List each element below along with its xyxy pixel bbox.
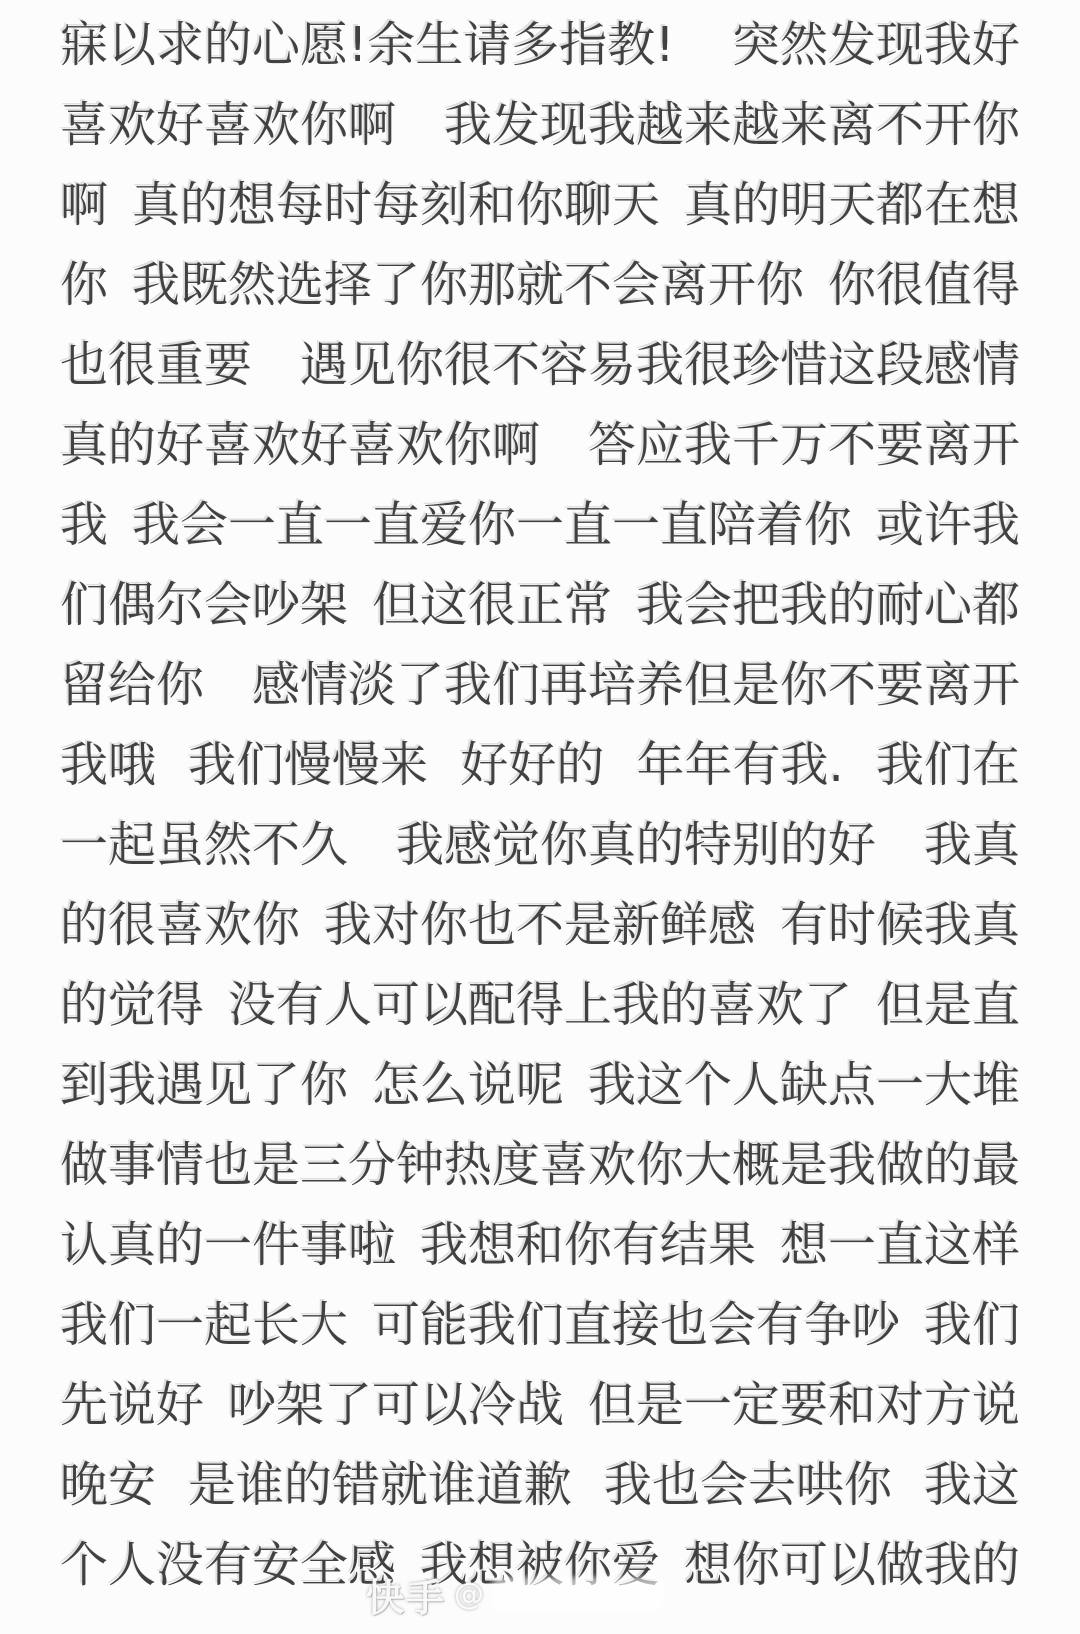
text-line: 寐以求的心愿!余生请多指教!突然发现我好 xyxy=(60,5,1020,85)
text-segment: 留给你 xyxy=(60,661,204,709)
text-segment: 想你可以做我的 xyxy=(684,1541,1020,1589)
text-line: 我哦我们慢慢来好好的年年有我.我们在 xyxy=(60,725,1020,805)
text-segment: 有时候我真 xyxy=(780,901,1020,949)
text-line: 喜欢好喜欢你啊我发现我越来越来离不开你 xyxy=(60,85,1020,165)
text-segment: 到我遇见了你 xyxy=(60,1061,348,1109)
text-segment: 也很重要 xyxy=(60,341,252,389)
text-segment: 我既然选择了你那就不会离开你 xyxy=(132,261,804,309)
text-line: 们偶尔会吵架但这很正常我会把我的耐心都 xyxy=(60,565,1020,645)
text-line: 做事情也是三分钟热度喜欢你大概是我做的最 xyxy=(60,1125,1020,1205)
text-segment: 突然发现我好 xyxy=(732,21,1020,69)
text-segment: 我也会去哄你 xyxy=(604,1461,892,1509)
text-segment: 答应我千万不要离开 xyxy=(588,421,1020,469)
text-segment: 你 xyxy=(60,261,108,309)
text-segment: 没有人可以配得上我的喜欢了 xyxy=(228,981,852,1029)
text-line: 真的好喜欢好喜欢你啊答应我千万不要离开 xyxy=(60,405,1020,485)
text-segment: 我发现我越来越来离不开你 xyxy=(444,101,1020,149)
text-segment: 我们慢慢来 xyxy=(188,741,428,789)
text-line: 晚安是谁的错就谁道歉我也会去哄你我这 xyxy=(60,1445,1020,1525)
text-line: 的很喜欢你我对你也不是新鲜感有时候我真 xyxy=(60,885,1020,965)
text-segment: 一起虽然不久 xyxy=(60,821,348,869)
text-segment: 怎么说呢 xyxy=(372,1061,564,1109)
text-line: 也很重要遇见你很不容易我很珍惜这段感情 xyxy=(60,325,1020,405)
text-line: 你我既然选择了你那就不会离开你你很值得 xyxy=(60,245,1020,325)
text-segment: 先说好 xyxy=(60,1381,204,1429)
text-line: 到我遇见了你怎么说呢我这个人缺点一大堆 xyxy=(60,1045,1020,1125)
text-segment: 我想和你有结果 xyxy=(420,1221,756,1269)
text-line: 认真的一件事啦我想和你有结果想一直这样 xyxy=(60,1205,1020,1285)
text-segment: 我们 xyxy=(924,1301,1020,1349)
text-segment: 我会一直一直爱你一直一直陪着你 xyxy=(132,501,852,549)
text-segment: 但这很正常 xyxy=(372,581,612,629)
text-segment: 啊 xyxy=(60,181,108,229)
text-segment: 的觉得 xyxy=(60,981,204,1029)
text-line: 啊真的想每时每刻和你聊天真的明天都在想 xyxy=(60,165,1020,245)
text-segment: 遇见你很不容易我很珍惜这段感情 xyxy=(300,341,1020,389)
text-segment: 想一直这样 xyxy=(780,1221,1020,1269)
text-segment: 我感觉你真的特别的好 xyxy=(396,821,876,869)
text-segment: 我哦 xyxy=(60,741,156,789)
text-line: 个人没有安全感我想被你爱想你可以做我的 xyxy=(60,1525,1020,1605)
text-segment: 吵架了可以冷战 xyxy=(228,1381,564,1429)
text-line: 留给你感情淡了我们再培养但是你不要离开 xyxy=(60,645,1020,725)
text-segment: 个人没有安全感 xyxy=(60,1541,396,1589)
text-segment: 认真的一件事啦 xyxy=(60,1221,396,1269)
text-segment: 我们在 xyxy=(876,741,1020,789)
text-line: 我们一起长大可能我们直接也会有争吵我们 xyxy=(60,1285,1020,1365)
text-segment: 好好的 xyxy=(460,741,604,789)
text-segment: 们偶尔会吵架 xyxy=(60,581,348,629)
text-segment: 是谁的错就谁道歉 xyxy=(188,1461,572,1509)
text-segment: 感情淡了我们再培养但是你不要离开 xyxy=(252,661,1020,709)
text-segment: 可能我们直接也会有争吵 xyxy=(372,1301,900,1349)
text-segment: 真的好喜欢好喜欢你啊 xyxy=(60,421,540,469)
text-line: 的觉得没有人可以配得上我的喜欢了但是直 xyxy=(60,965,1020,1045)
text-segment: 真的想每时每刻和你聊天 xyxy=(132,181,660,229)
text-segment: 我这个人缺点一大堆 xyxy=(588,1061,1020,1109)
text-segment: 但是直 xyxy=(876,981,1020,1029)
text-segment: 的很喜欢你 xyxy=(60,901,300,949)
text-segment: 做事情也是三分钟热度喜欢你大概是我做的最 xyxy=(60,1141,1020,1189)
text-segment: 我真 xyxy=(924,821,1020,869)
text-segment: 你很值得 xyxy=(828,261,1020,309)
text-segment: 我 xyxy=(60,501,108,549)
text-segment: 我对你也不是新鲜感 xyxy=(324,901,756,949)
text-segment: 真的明天都在想 xyxy=(684,181,1020,229)
text-document: 寐以求的心愿!余生请多指教!突然发现我好喜欢好喜欢你啊我发现我越来越来离不开你啊… xyxy=(0,0,1080,1634)
text-segment: 我想被你爱 xyxy=(420,1541,660,1589)
text-segment: 晚安 xyxy=(60,1461,156,1509)
text-line: 我我会一直一直爱你一直一直陪着你或许我 xyxy=(60,485,1020,565)
text-segment: 年年有我. xyxy=(637,741,844,789)
text-segment: 我这 xyxy=(924,1461,1020,1509)
text-line: 一起虽然不久我感觉你真的特别的好我真 xyxy=(60,805,1020,885)
text-segment: 但是一定要和对方说 xyxy=(588,1381,1020,1429)
text-segment: 寐以求的心愿!余生请多指教! xyxy=(60,21,675,69)
text-segment: 我们一起长大 xyxy=(60,1301,348,1349)
text-segment: 喜欢好喜欢你啊 xyxy=(60,101,396,149)
text-segment: 我会把我的耐心都 xyxy=(636,581,1020,629)
text-line: 先说好吵架了可以冷战但是一定要和对方说 xyxy=(60,1365,1020,1445)
text-segment: 或许我 xyxy=(876,501,1020,549)
